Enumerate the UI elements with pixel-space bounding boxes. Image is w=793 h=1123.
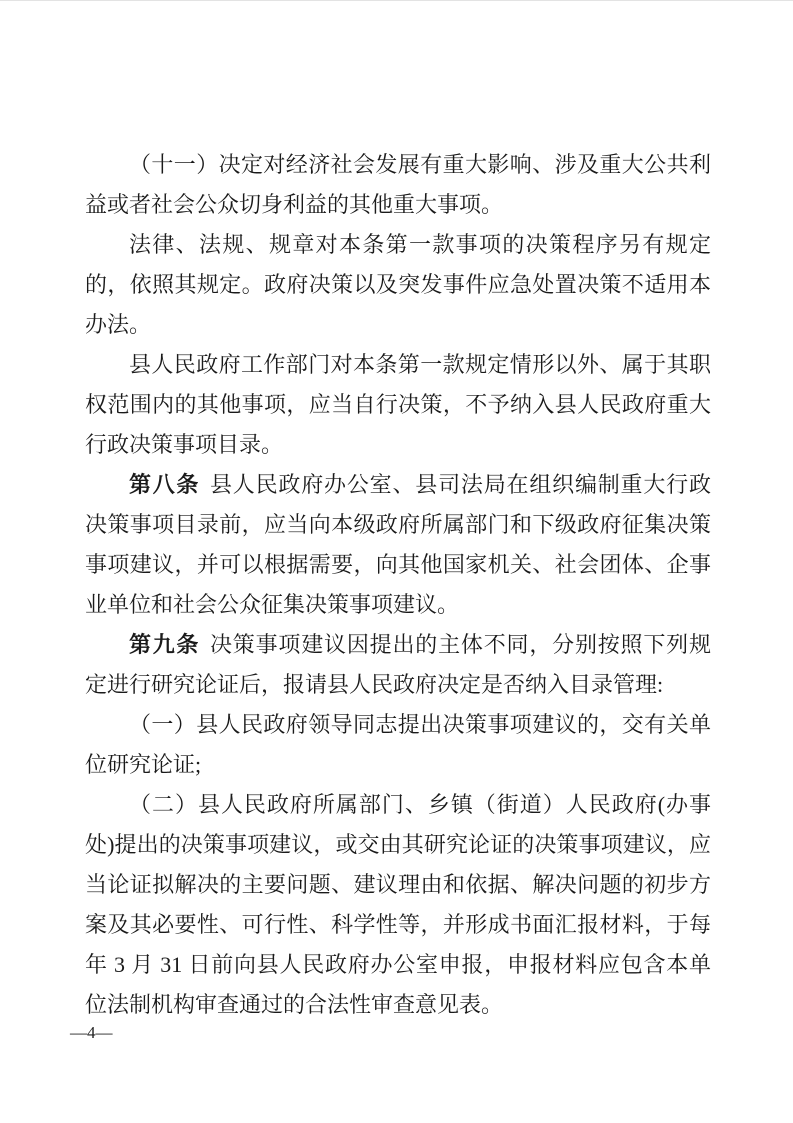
paragraph-text: （二）县人民政府所属部门、乡镇（街道）人民政府(办事处)提出的决策事项建议，或交… [85, 792, 711, 1017]
paragraph: （一）县人民政府领导同志提出决策事项建议的，交有关单位研究论证; [85, 705, 711, 785]
document-body: （十一）决定对经济社会发展有重大影响、涉及重大公共利益或者社会公众切身利益的其他… [85, 145, 711, 1025]
paragraph: （十一）决定对经济社会发展有重大影响、涉及重大公共利益或者社会公众切身利益的其他… [85, 145, 711, 225]
paragraph-text: （十一）决定对经济社会发展有重大影响、涉及重大公共利益或者社会公众切身利益的其他… [85, 152, 711, 217]
paragraph-text: 县人民政府工作部门对本条第一款规定情形以外、属于其职权范围内的其他事项，应当自行… [85, 352, 711, 457]
article-number: 第八条 [129, 472, 200, 497]
paragraph: 第八条县人民政府办公室、县司法局在组织编制重大行政决策事项目录前，应当向本级政府… [85, 465, 711, 625]
paragraph: 法律、法规、规章对本条第一款事项的决策程序另有规定的，依照其规定。政府决策以及突… [85, 225, 711, 345]
paragraph-text: （一）县人民政府领导同志提出决策事项建议的，交有关单位研究论证; [85, 712, 711, 777]
article-number: 第九条 [129, 632, 200, 657]
paragraph: 县人民政府工作部门对本条第一款规定情形以外、属于其职权范围内的其他事项，应当自行… [85, 345, 711, 465]
paragraph-text: 法律、法规、规章对本条第一款事项的决策程序另有规定的，依照其规定。政府决策以及突… [85, 232, 711, 337]
paragraph: 第九条决策事项建议因提出的主体不同，分别按照下列规定进行研究论证后，报请县人民政… [85, 625, 711, 705]
page-number: —4— [70, 1023, 113, 1043]
document-page: （十一）决定对经济社会发展有重大影响、涉及重大公共利益或者社会公众切身利益的其他… [0, 0, 793, 1123]
paragraph: （二）县人民政府所属部门、乡镇（街道）人民政府(办事处)提出的决策事项建议，或交… [85, 785, 711, 1025]
